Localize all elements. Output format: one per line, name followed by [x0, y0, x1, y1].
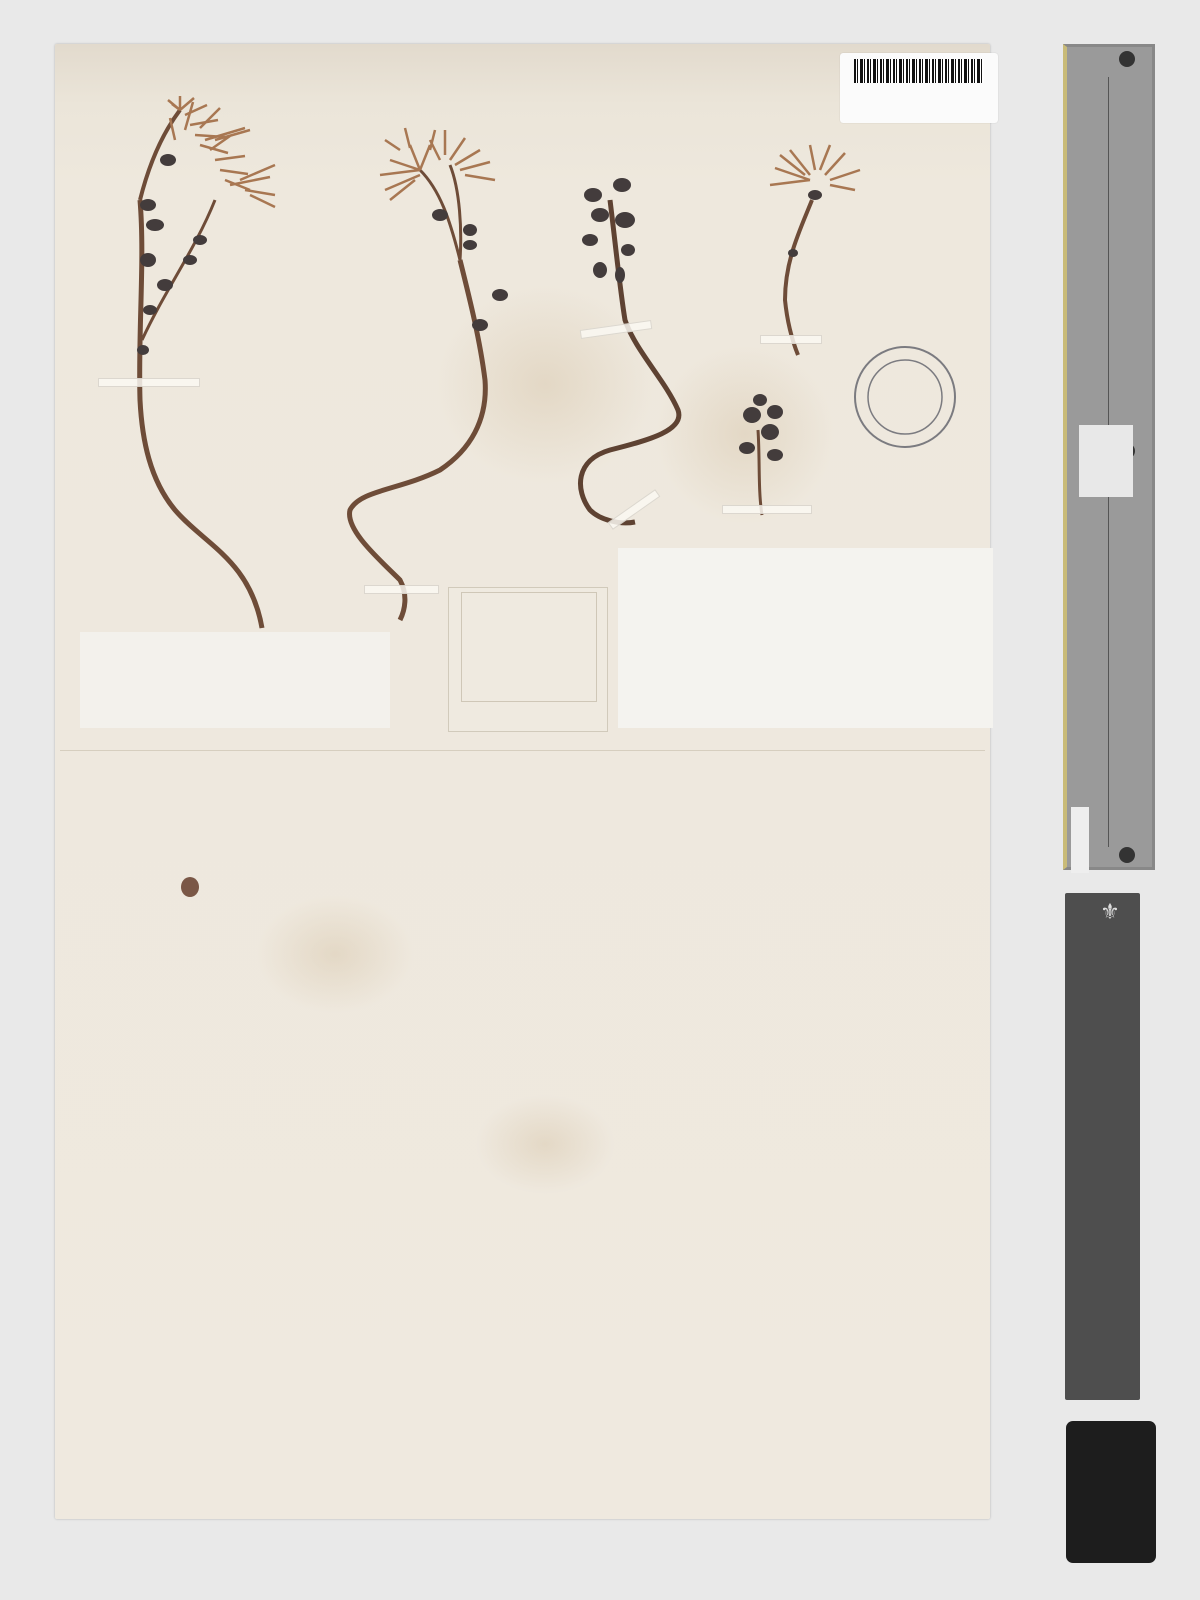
mounting-strap [760, 335, 822, 344]
plant-specimens [0, 0, 1000, 900]
determination-label [80, 632, 390, 728]
sheet-stain [255, 894, 415, 1014]
kew-cm-ruler: ⚜ [1065, 893, 1140, 1400]
specimen-plant-4 [770, 145, 860, 355]
specimen-plant-1 [137, 96, 275, 628]
collection-label [618, 548, 993, 728]
barcode-icon [854, 59, 984, 83]
mounting-strap [722, 505, 812, 514]
ruler-scale [1065, 1038, 1095, 1400]
gray-wedge-target [1079, 425, 1133, 497]
specimen-plant-2 [350, 128, 508, 620]
sheet-stain [475, 1094, 615, 1194]
specimen-plant-3 [580, 178, 678, 523]
scale-hole-icon [1119, 51, 1135, 67]
scale-hole-icon [1119, 847, 1135, 863]
specimen-plant-5 [739, 394, 783, 515]
royal-gardens-stamp [845, 340, 970, 450]
color-checker-card [1066, 1421, 1156, 1563]
packet-flap [461, 592, 597, 702]
mounting-strap [364, 585, 439, 594]
royal-crest-icon: ⚜ [1095, 899, 1125, 929]
color-calibration-scale [1063, 44, 1155, 870]
specimen-fragment [181, 877, 199, 897]
mounting-strap [98, 378, 200, 387]
barcode-label [840, 53, 998, 123]
fragment-packet [448, 587, 608, 732]
scale-id-label [1071, 807, 1089, 873]
